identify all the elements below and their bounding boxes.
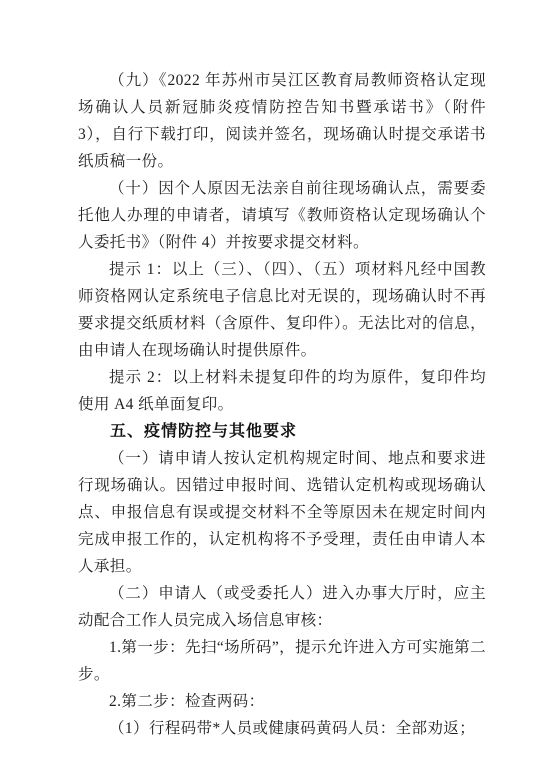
paragraph-item-9: （九）《2022 年苏州市吴江区教育局教师资格认定现场确认人员新冠肺炎疫情防控告… xyxy=(78,67,486,175)
paragraph-tip-1: 提示 1：以上（三）、（四）、（五）项材料凡经中国教师资格网认定系统电子信息比对… xyxy=(78,256,486,364)
paragraph-tip-2: 提示 2：以上材料未提复印件的均为原件，复印件均使用 A4 纸单面复印。 xyxy=(78,364,486,418)
section-heading-5: 五、疫情防控与其他要求 xyxy=(78,418,486,445)
paragraph-step-2-item-1: （1）行程码带*人员或健康码黄码人员：全部劝返； xyxy=(78,715,486,742)
document-content: （九）《2022 年苏州市吴江区教育局教师资格认定现场确认人员新冠肺炎疫情防控告… xyxy=(78,67,486,742)
paragraph-requirement-1: （一）请申请人按认定机构规定时间、地点和要求进行现场确认。因错过申报时间、选错认… xyxy=(78,445,486,580)
document-page: （九）《2022 年苏州市吴江区教育局教师资格认定现场确认人员新冠肺炎疫情防控告… xyxy=(0,0,554,784)
paragraph-step-2: 2.第二步：检查两码： xyxy=(78,688,486,715)
paragraph-step-1: 1.第一步：先扫“场所码”，提示允许进入方可实施第二步。 xyxy=(78,634,486,688)
paragraph-requirement-2: （二）申请人（或受委托人）进入办事大厅时，应主动配合工作人员完成入场信息审核： xyxy=(78,580,486,634)
paragraph-item-10: （十）因个人原因无法亲自前往现场确认点，需要委托他人办理的申请者，请填写《教师资… xyxy=(78,175,486,256)
